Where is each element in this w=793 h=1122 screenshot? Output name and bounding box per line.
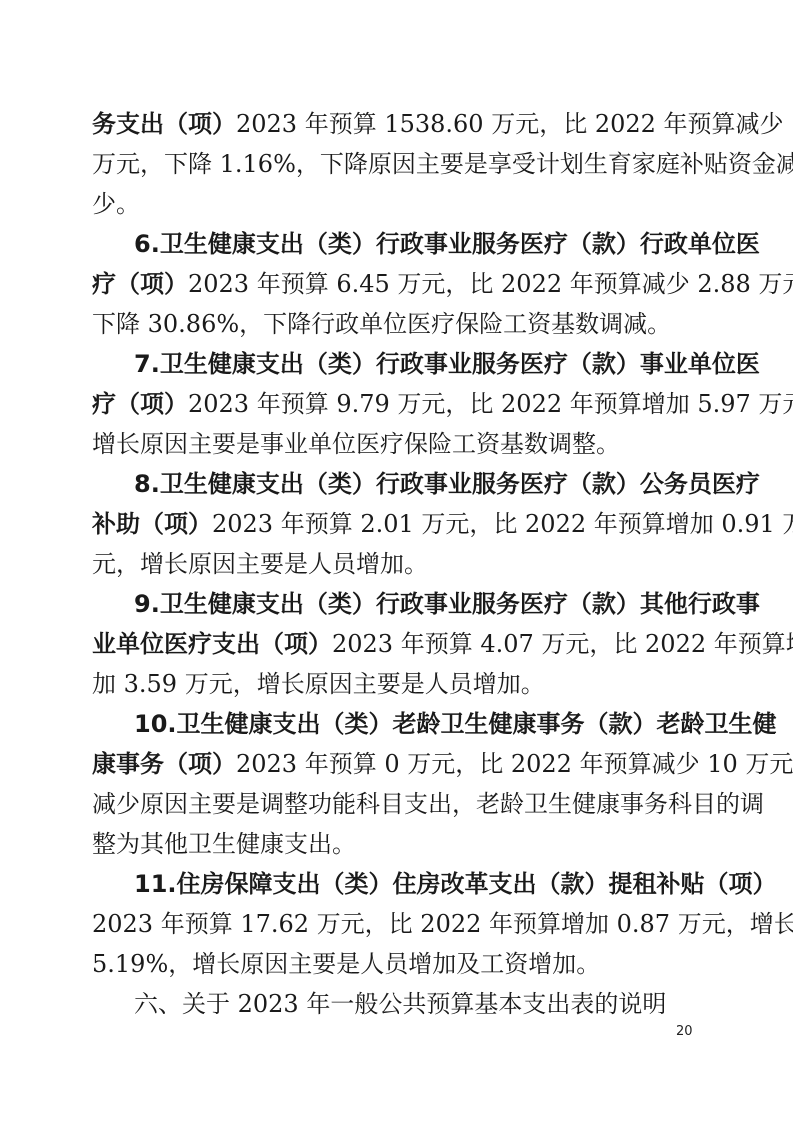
text-line: 万元，下降 1.16%，下降原因主要是享受计划生育家庭补贴资金减 <box>92 144 722 184</box>
bold-heading-text: 8.卫生健康支出（类）行政事业服务医疗（款）公务员医疗 <box>134 470 760 498</box>
text-line: 少。 <box>92 184 722 224</box>
text-line: 下降 30.86%，下降行政单位医疗保险工资基数调减。 <box>92 304 722 344</box>
bold-heading-text: 补助（项） <box>92 510 212 538</box>
text-line: 5.19%，增长原因主要是人员增加及工资增加。 <box>92 944 722 984</box>
bold-heading-text: 康事务（项） <box>92 750 236 778</box>
text-line: 业单位医疗支出（项）2023 年预算 4.07 万元，比 2022 年预算增 <box>92 624 722 664</box>
body-text: 六、关于 2023 年一般公共预算基本支出表的说明 <box>134 990 666 1018</box>
bold-heading-text: 10.卫生健康支出（类）老龄卫生健康事务（款）老龄卫生健 <box>134 710 777 738</box>
body-text: 2023 年预算 4.07 万元，比 2022 年预算增 <box>332 630 793 658</box>
bold-heading-text: 务支出（项） <box>92 110 236 138</box>
text-line: 康事务（项）2023 年预算 0 万元，比 2022 年预算减少 10 万元， <box>92 744 722 784</box>
body-text: 2023 年预算 2.01 万元，比 2022 年预算增加 0.91 万 <box>212 510 793 538</box>
text-line: 减少原因主要是调整功能科目支出，老龄卫生健康事务科目的调 <box>92 784 722 824</box>
body-text: 元，增长原因主要是人员增加。 <box>92 550 428 578</box>
text-line: 2023 年预算 17.62 万元，比 2022 年预算增加 0.87 万元，增… <box>92 904 722 944</box>
body-text: 2023 年预算 0 万元，比 2022 年预算减少 10 万元， <box>236 750 793 778</box>
body-text: 万元，下降 1.16%，下降原因主要是享受计划生育家庭补贴资金减 <box>92 150 793 178</box>
text-line: 增长原因主要是事业单位医疗保险工资基数调整。 <box>92 424 722 464</box>
bold-heading-text: 疗（项） <box>92 270 188 298</box>
text-line: 疗（项）2023 年预算 6.45 万元，比 2022 年预算减少 2.88 万… <box>92 264 722 304</box>
bold-heading-text: 9.卫生健康支出（类）行政事业服务医疗（款）其他行政事 <box>134 590 760 618</box>
text-line: 疗（项）2023 年预算 9.79 万元，比 2022 年预算增加 5.97 万… <box>92 384 722 424</box>
text-line: 6.卫生健康支出（类）行政事业服务医疗（款）行政单位医 <box>134 224 722 264</box>
body-text: 2023 年预算 6.45 万元，比 2022 年预算减少 2.88 万元， <box>188 270 793 298</box>
body-text: 5.19%，增长原因主要是人员增加及工资增加。 <box>92 950 600 978</box>
body-text: 2023 年预算 9.79 万元，比 2022 年预算增加 5.97 万元， <box>188 390 793 418</box>
document-page: 务支出（项）2023 年预算 1538.60 万元，比 2022 年预算减少 1… <box>0 0 793 1122</box>
text-line: 9.卫生健康支出（类）行政事业服务医疗（款）其他行政事 <box>134 584 722 624</box>
text-line: 10.卫生健康支出（类）老龄卫生健康事务（款）老龄卫生健 <box>134 704 722 744</box>
bold-heading-text: 6.卫生健康支出（类）行政事业服务医疗（款）行政单位医 <box>134 230 760 258</box>
body-text: 减少原因主要是调整功能科目支出，老龄卫生健康事务科目的调 <box>92 790 764 818</box>
body-text: 少。 <box>92 190 140 218</box>
bold-heading-text: 7.卫生健康支出（类）行政事业服务医疗（款）事业单位医 <box>134 350 760 378</box>
body-text: 2023 年预算 1538.60 万元，比 2022 年预算减少 1.72 <box>236 110 793 138</box>
text-line: 元，增长原因主要是人员增加。 <box>92 544 722 584</box>
text-line: 务支出（项）2023 年预算 1538.60 万元，比 2022 年预算减少 1… <box>92 104 722 144</box>
bold-heading-text: 11.住房保障支出（类）住房改革支出（款）提租补贴（项） <box>134 870 777 898</box>
text-line: 六、关于 2023 年一般公共预算基本支出表的说明 <box>134 984 722 1024</box>
bold-heading-text: 疗（项） <box>92 390 188 418</box>
text-line: 11.住房保障支出（类）住房改革支出（款）提租补贴（项） <box>134 864 722 904</box>
body-text: 下降 30.86%，下降行政单位医疗保险工资基数调减。 <box>92 310 671 338</box>
text-line: 补助（项）2023 年预算 2.01 万元，比 2022 年预算增加 0.91 … <box>92 504 722 544</box>
body-text: 整为其他卫生健康支出。 <box>92 830 356 858</box>
body-text: 加 3.59 万元，增长原因主要是人员增加。 <box>92 670 545 698</box>
text-line: 加 3.59 万元，增长原因主要是人员增加。 <box>92 664 722 704</box>
body-text: 2023 年预算 17.62 万元，比 2022 年预算增加 0.87 万元，增… <box>92 910 793 938</box>
text-line: 7.卫生健康支出（类）行政事业服务医疗（款）事业单位医 <box>134 344 722 384</box>
text-line: 8.卫生健康支出（类）行政事业服务医疗（款）公务员医疗 <box>134 464 722 504</box>
bold-heading-text: 业单位医疗支出（项） <box>92 630 332 658</box>
page-number: 20 <box>676 1024 693 1039</box>
body-text: 增长原因主要是事业单位医疗保险工资基数调整。 <box>92 430 620 458</box>
text-line: 整为其他卫生健康支出。 <box>92 824 722 864</box>
